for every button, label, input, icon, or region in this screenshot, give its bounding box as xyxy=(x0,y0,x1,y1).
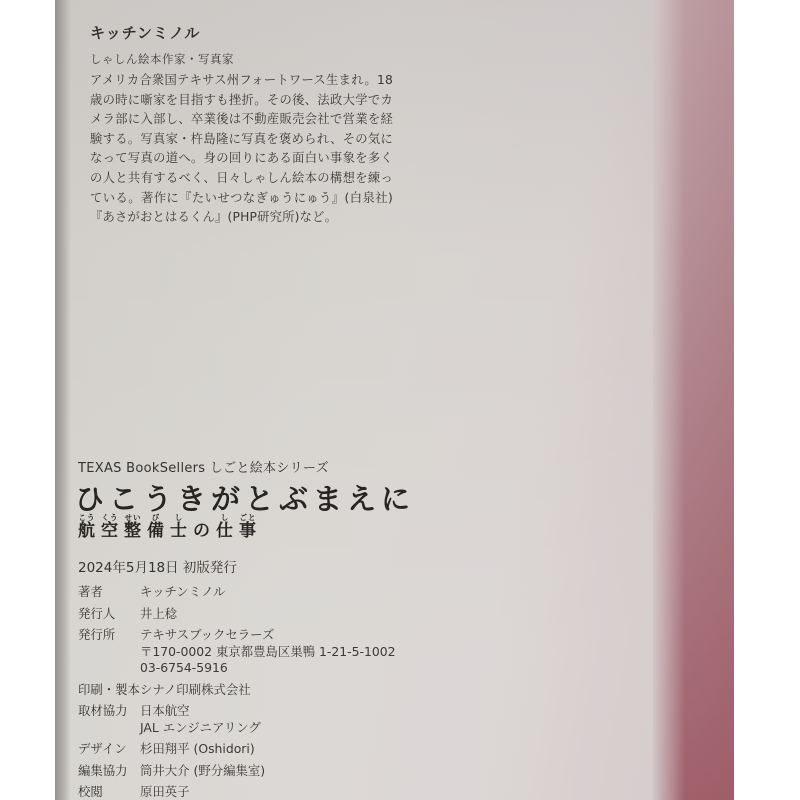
colophon-row: 編集協力筒井大介 (野分編集室) xyxy=(78,763,644,780)
subtitle-char: 仕し xyxy=(216,521,233,541)
subtitle-char: 士し xyxy=(170,521,187,541)
colophon-label: 印刷・製本 xyxy=(78,682,140,699)
colophon-value: キッチンミノル xyxy=(140,584,225,601)
subtitle-char: 航こう xyxy=(78,521,95,541)
subtitle-char: 備び xyxy=(147,521,164,541)
colophon-value: 日本航空JAL エンジニアリング xyxy=(140,703,261,736)
colophon-label: 編集協力 xyxy=(78,763,140,780)
colophon-value: 筒井大介 (野分編集室) xyxy=(140,763,265,780)
colophon-row: 取材協力日本航空JAL エンジニアリング xyxy=(78,703,644,736)
colophon-value: 杉田翔平 (Oshidori) xyxy=(140,741,255,758)
page-edge-fade xyxy=(653,0,685,800)
subtitle-char: の xyxy=(193,521,210,541)
series-label: TEXAS BookSellers しごと絵本シリーズ xyxy=(78,457,329,476)
colophon-label: デザイン xyxy=(78,741,140,758)
colophon-value: シナノ印刷株式会社 xyxy=(140,682,251,699)
author-bio-text: アメリカ合衆国テキサス州フォートワース生まれ。18歳の時に噺家を目指すも挫折。そ… xyxy=(90,71,393,228)
colophon-value: テキサスブックセラーズ〒170-0002 東京都豊島区巣鴨 1-21-5-100… xyxy=(140,627,396,677)
colophon-label: 発行人 xyxy=(78,606,140,623)
page-gutter-shadow xyxy=(55,0,71,800)
colophon-label: 著者 xyxy=(78,584,140,601)
colophon-row: 発行所テキサスブックセラーズ〒170-0002 東京都豊島区巣鴨 1-21-5-… xyxy=(78,627,644,677)
author-role: しゃしん絵本作家・写真家 xyxy=(90,51,234,67)
book-page-photo: キッチンミノル しゃしん絵本作家・写真家 アメリカ合衆国テキサス州フォートワース… xyxy=(55,0,734,800)
colophon-row: デザイン杉田翔平 (Oshidori) xyxy=(78,741,644,758)
colophon-row: 著者キッチンミノル xyxy=(78,584,644,601)
colophon-value: 原田英子 xyxy=(140,784,190,800)
colophon-value: 井上稔 xyxy=(140,606,177,623)
colophon-row: 発行人井上稔 xyxy=(78,606,644,623)
colophon: 著者キッチンミノル発行人井上稔発行所テキサスブックセラーズ〒170-0002 東… xyxy=(78,584,644,800)
colophon-row: 印刷・製本シナノ印刷株式会社 xyxy=(78,682,644,699)
colophon-label: 校閲 xyxy=(78,784,140,800)
edition-date: 2024年5月18日 初版発行 xyxy=(78,556,237,576)
subtitle-char: 整せい xyxy=(124,521,141,541)
subtitle-char: 事ごと xyxy=(239,521,256,541)
book-subtitle: 航こう空くう整せい備び士しの仕し事ごと xyxy=(78,513,262,541)
author-name: キッチンミノル xyxy=(90,22,200,43)
colophon-label: 発行所 xyxy=(78,627,140,677)
book-title: ひこうきがとぶまえに xyxy=(75,477,415,518)
colophon-label: 取材協力 xyxy=(78,703,140,736)
colophon-row: 校閲原田英子 xyxy=(78,784,644,800)
subtitle-char: 空くう xyxy=(101,521,118,541)
